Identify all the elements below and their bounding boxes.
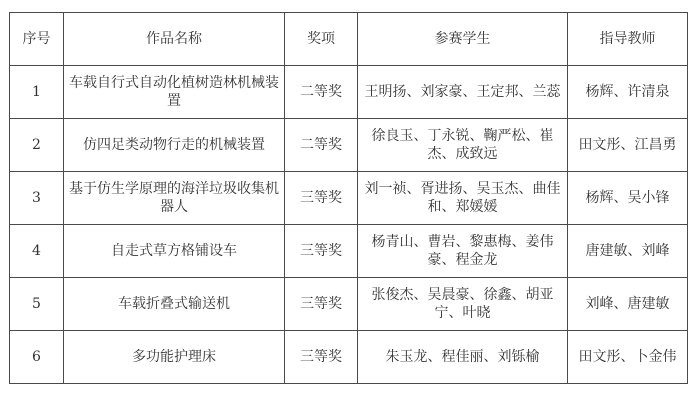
cell-teachers: 田文彤、江昌勇	[568, 119, 688, 172]
cell-students: 杨青山、曹岩、黎惠梅、姜伟豪、程金龙	[358, 225, 568, 278]
table-row: 1 车载自行式自动化植树造林机械装置 二等奖 王明扬、刘家豪、王定邦、兰蕊 杨辉…	[10, 66, 688, 119]
cell-name: 仿四足类动物行走的机械装置	[64, 119, 285, 172]
cell-name: 自走式草方格铺设车	[64, 225, 285, 278]
cell-award: 二等奖	[285, 119, 358, 172]
cell-teachers: 田文彤、卜金伟	[568, 331, 688, 384]
cell-no: 5	[10, 278, 64, 331]
cell-teachers: 刘峰、唐建敏	[568, 278, 688, 331]
cell-award: 三等奖	[285, 172, 358, 225]
cell-teachers: 杨辉、吴小锋	[568, 172, 688, 225]
cell-teachers: 杨辉、许清泉	[568, 66, 688, 119]
cell-award: 三等奖	[285, 278, 358, 331]
table-row: 2 仿四足类动物行走的机械装置 二等奖 徐良玉、丁永锐、鞠严松、崔杰、成致远 田…	[10, 119, 688, 172]
header-award: 奖项	[285, 13, 358, 66]
cell-no: 1	[10, 66, 64, 119]
cell-students: 徐良玉、丁永锐、鞠严松、崔杰、成致远	[358, 119, 568, 172]
header-name: 作品名称	[64, 13, 285, 66]
cell-no: 3	[10, 172, 64, 225]
table-row: 6 多功能护理床 三等奖 朱玉龙、程佳丽、刘铄榆 田文彤、卜金伟	[10, 331, 688, 384]
cell-teachers: 唐建敏、刘峰	[568, 225, 688, 278]
awards-table: 序号 作品名称 奖项 参赛学生 指导教师 1 车载自行式自动化植树造林机械装置 …	[9, 12, 688, 384]
header-no: 序号	[10, 13, 64, 66]
header-teachers: 指导教师	[568, 13, 688, 66]
cell-students: 朱玉龙、程佳丽、刘铄榆	[358, 331, 568, 384]
cell-name: 多功能护理床	[64, 331, 285, 384]
cell-name: 车载自行式自动化植树造林机械装置	[64, 66, 285, 119]
table-row: 5 车载折叠式输送机 三等奖 张俊杰、吴晨豪、徐鑫、胡亚宁、叶晓 刘峰、唐建敏	[10, 278, 688, 331]
cell-students: 王明扬、刘家豪、王定邦、兰蕊	[358, 66, 568, 119]
cell-name: 车载折叠式输送机	[64, 278, 285, 331]
cell-no: 6	[10, 331, 64, 384]
header-students: 参赛学生	[358, 13, 568, 66]
cell-students: 刘一祯、胥进扬、吴玉杰、曲佳和、郑媛媛	[358, 172, 568, 225]
table-row: 4 自走式草方格铺设车 三等奖 杨青山、曹岩、黎惠梅、姜伟豪、程金龙 唐建敏、刘…	[10, 225, 688, 278]
cell-award: 三等奖	[285, 225, 358, 278]
cell-award: 三等奖	[285, 331, 358, 384]
cell-award: 二等奖	[285, 66, 358, 119]
cell-name: 基于仿生学原理的海洋垃圾收集机器人	[64, 172, 285, 225]
cell-no: 4	[10, 225, 64, 278]
cell-students: 张俊杰、吴晨豪、徐鑫、胡亚宁、叶晓	[358, 278, 568, 331]
cell-no: 2	[10, 119, 64, 172]
table-row: 3 基于仿生学原理的海洋垃圾收集机器人 三等奖 刘一祯、胥进扬、吴玉杰、曲佳和、…	[10, 172, 688, 225]
table-header-row: 序号 作品名称 奖项 参赛学生 指导教师	[10, 13, 688, 66]
